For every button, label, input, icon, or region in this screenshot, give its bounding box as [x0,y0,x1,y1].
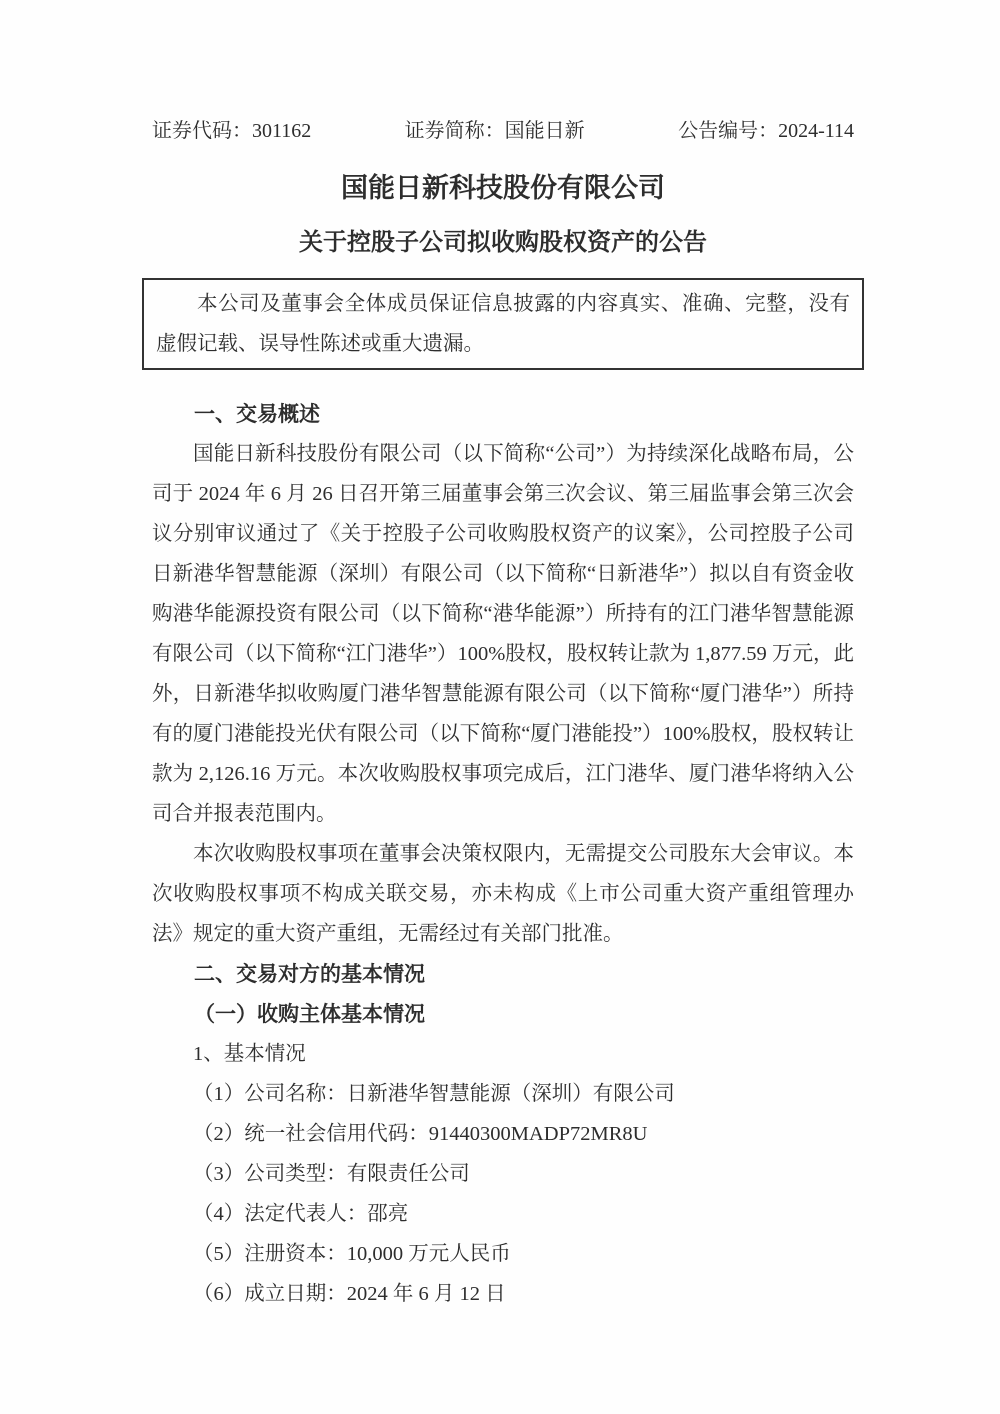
document-subtitle: 关于控股子公司拟收购股权资产的公告 [152,228,854,258]
disclaimer-box: 本公司及董事会全体成员保证信息披露的内容真实、准确、完整，没有虚假记载、误导性陈… [142,278,864,370]
overview-paragraph-1: 国能日新科技股份有限公司（以下简称“公司”）为持续深化战略布局，公司于 2024… [152,434,854,834]
company-detail-list: （1）公司名称：日新港华智慧能源（深圳）有限公司 （2）统一社会信用代码：914… [152,1074,854,1314]
detail-company-name: （1）公司名称：日新港华智慧能源（深圳）有限公司 [152,1074,854,1114]
detail-company-type: （3）公司类型：有限责任公司 [152,1154,854,1194]
section-heading-overview: 一、交易概述 [152,394,854,434]
overview-paragraph-2: 本次收购股权事项在董事会决策权限内，无需提交公司股东大会审议。本次收购股权事项不… [152,834,854,954]
detail-credit-code: （2）统一社会信用代码：91440300MADP72MR8U [152,1114,854,1154]
detail-establishment-date: （6）成立日期：2024 年 6 月 12 日 [152,1274,854,1314]
stock-name: 证券简称：国能日新 [405,118,585,144]
disclaimer-text: 本公司及董事会全体成员保证信息披露的内容真实、准确、完整，没有虚假记载、误导性陈… [156,293,850,355]
subsection-heading-acquirer: （一）收购主体基本情况 [152,994,854,1034]
section-heading-counterparty: 二、交易对方的基本情况 [152,954,854,994]
item-heading-basic-info: 1、基本情况 [152,1034,854,1074]
announcement-number: 公告编号：2024-114 [678,118,854,144]
detail-registered-capital: （5）注册资本：10,000 万元人民币 [152,1234,854,1274]
document-body: 一、交易概述 国能日新科技股份有限公司（以下简称“公司”）为持续深化战略布局，公… [152,394,854,1314]
document-page: 证券代码：301162 证券简称：国能日新 公告编号：2024-114 国能日新… [0,0,1000,1414]
detail-legal-representative: （4）法定代表人：邵亮 [152,1194,854,1234]
stock-code: 证券代码：301162 [152,118,311,144]
document-header: 证券代码：301162 证券简称：国能日新 公告编号：2024-114 [152,118,854,144]
document-title: 国能日新科技股份有限公司 [152,172,854,204]
